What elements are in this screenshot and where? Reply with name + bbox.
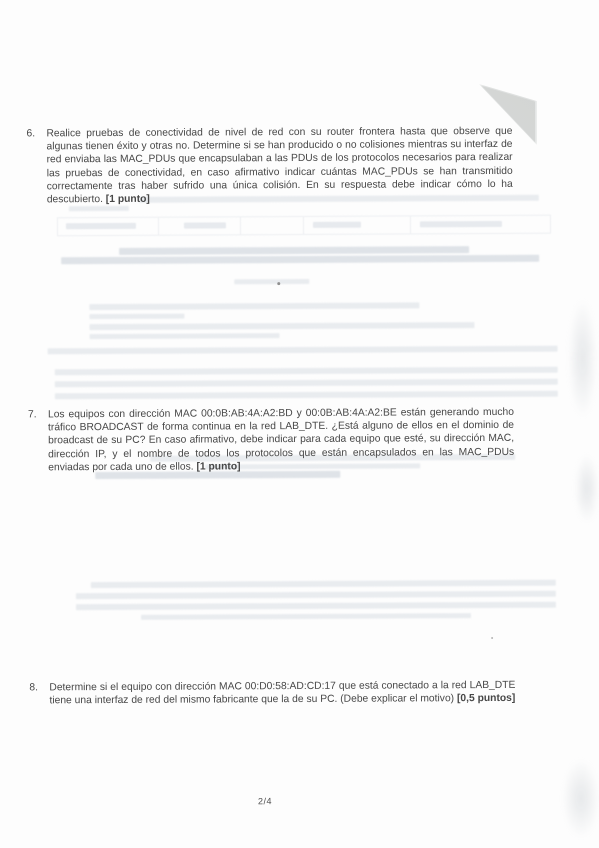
scan-smudge bbox=[574, 453, 599, 523]
question-7-number: 7. bbox=[28, 408, 41, 474]
bleedthrough-line bbox=[89, 302, 419, 310]
scan-smudge bbox=[562, 758, 599, 838]
question-6-points: [1 punto] bbox=[106, 194, 150, 205]
question-8-points: [0,5 puntos] bbox=[457, 693, 515, 704]
question-8-text: Determine si el equipo con dirección MAC… bbox=[49, 679, 515, 708]
ink-speck bbox=[491, 637, 493, 639]
bleedthrough-line bbox=[89, 314, 184, 319]
bleedthrough-table-divider bbox=[158, 218, 159, 235]
bleedthrough-line bbox=[90, 333, 280, 339]
bleedthrough-table bbox=[57, 215, 551, 237]
bleedthrough-table-divider bbox=[410, 216, 411, 233]
bleedthrough-line bbox=[48, 346, 558, 355]
bleedthrough-line bbox=[55, 379, 558, 388]
bleedthrough-line bbox=[76, 602, 556, 611]
bleedthrough-line bbox=[91, 580, 556, 588]
question-7: 7. Los equipos con dirección MAC 00:0B:A… bbox=[28, 406, 514, 475]
ink-speck bbox=[277, 282, 280, 285]
question-8: 8. Determine si el equipo con dirección … bbox=[29, 679, 515, 708]
question-6: 6. Realice pruebas de conectividad de ni… bbox=[26, 125, 512, 207]
bleedthrough-line bbox=[119, 246, 469, 255]
bleedthrough-line bbox=[69, 206, 129, 211]
question-8-body: Determine si el equipo con dirección MAC… bbox=[49, 680, 515, 707]
bleedthrough-line bbox=[55, 367, 558, 376]
scan-content: 6. Realice pruebas de conectividad de ni… bbox=[0, 0, 599, 848]
bleedthrough-table-cell-text bbox=[66, 223, 136, 229]
bleedthrough-line bbox=[89, 322, 474, 330]
bleedthrough-table-divider bbox=[303, 217, 304, 234]
scanned-page: 6. Realice pruebas de conectividad de ni… bbox=[0, 0, 599, 848]
bleedthrough-line bbox=[55, 391, 558, 400]
question-7-points: [1 punto] bbox=[196, 461, 240, 472]
question-7-text: Los equipos con dirección MAC 00:0B:AB:4… bbox=[48, 406, 514, 474]
scan-smudge bbox=[567, 298, 598, 418]
bleedthrough-table-divider bbox=[240, 217, 241, 234]
question-7-body: Los equipos con dirección MAC 00:0B:AB:4… bbox=[48, 407, 514, 473]
bleedthrough-table-cell-text bbox=[420, 221, 502, 227]
question-6-text: Realice pruebas de conectividad de nivel… bbox=[46, 125, 512, 207]
page-number: 2/4 bbox=[258, 796, 272, 806]
bleedthrough-table-cell-text bbox=[184, 222, 226, 228]
question-6-number: 6. bbox=[26, 127, 39, 206]
bleedthrough-table-cell-text bbox=[313, 222, 361, 228]
bleedthrough-line bbox=[234, 279, 309, 284]
bleedthrough-line bbox=[141, 613, 471, 620]
bleedthrough-line bbox=[61, 255, 539, 265]
bleedthrough-line bbox=[76, 591, 556, 600]
question-8-number: 8. bbox=[29, 681, 42, 707]
